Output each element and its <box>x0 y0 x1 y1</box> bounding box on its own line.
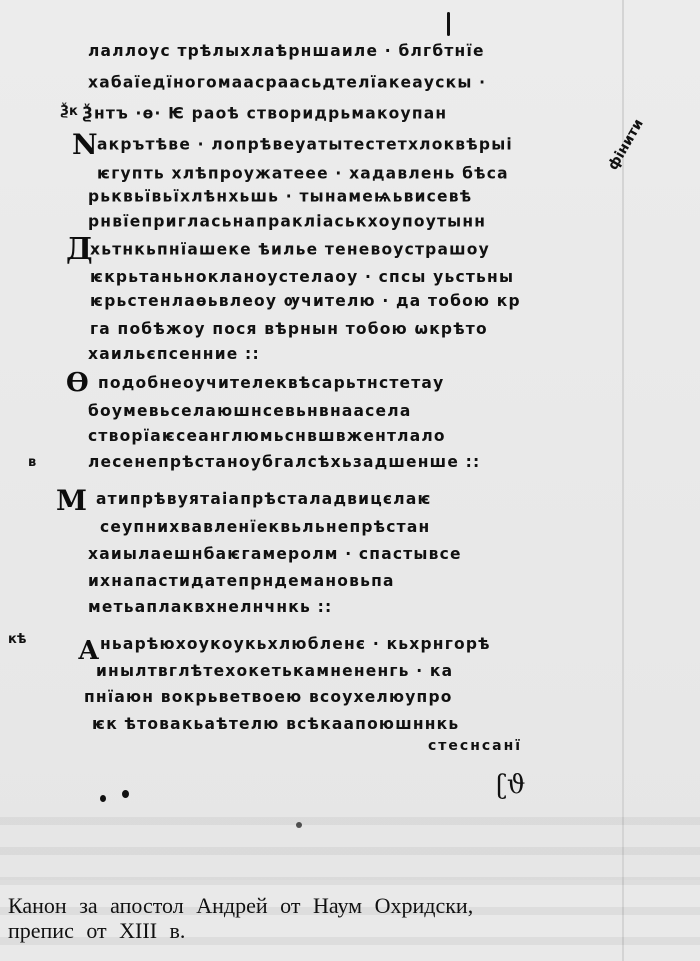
margin-note: в <box>28 455 36 470</box>
manuscript-line: ихнапастидатепрндемановьпа <box>88 572 395 591</box>
margin-note: Ѯк <box>60 104 78 119</box>
manuscript-line: ньарѣюхоукоукьхлюбленє · кьхрнгорѣ <box>100 635 491 654</box>
manuscript-line: рнвїепригласьнапракліаськхоупоутынн <box>88 212 486 231</box>
manuscript-line: ѥкрьтаньнокланоустелаоу · спсы уьстьны <box>90 268 514 287</box>
manuscript-line: лесенепрѣстаноубгалсѣхьзадшенше :: <box>88 453 480 472</box>
manuscript-line: метьаплаквхнелнчнкь :: <box>88 598 332 617</box>
manuscript-line: ѥгупть хлѣпроужатеее · хадавлень бѣса <box>97 164 509 183</box>
manuscript-line: акрътѣве · лопрѣвеуатытестетхлоквѣрыі <box>97 135 513 154</box>
manuscript-line: боумевьселаюшнсевьнвнаасела <box>88 402 412 421</box>
manuscript-line: хьтнкьпнїашеке ѣилье теневоустрашоу <box>90 240 490 259</box>
manuscript-line: сеупнихвавленїеквьльнепрѣстан <box>100 518 430 537</box>
manuscript-line: Ѯнтъ ·ѳ· Ѥ раоѣ створидрьмакоупан <box>82 104 447 123</box>
colophon-text: стеснсанї <box>428 738 522 754</box>
ink-spot <box>122 790 129 798</box>
initial-letter: Ѳ <box>66 368 89 398</box>
caption-line-2: препис от XIII в. <box>8 918 698 943</box>
manuscript-line: рьквьївьїхлѣнхьшь · тынамеѩьвисевѣ <box>88 187 472 206</box>
ink-spot <box>296 822 302 828</box>
caption-line-1: Канон за апостол Андрей от Наум Охридски… <box>8 893 698 918</box>
monogram-mark: ʗϑ <box>496 770 526 800</box>
manuscript-line: хаиылаешнбаѥгамеролм · спастывсе <box>88 545 462 564</box>
initial-letter: М <box>56 484 87 517</box>
manuscript-line: хабаїедїногомаасраасьдтелїакеаускы · <box>88 73 486 92</box>
manuscript-line: ѥрьстенлаѳьвлеоу ѹчителю · да тобою кр <box>90 292 521 311</box>
initial-letter: Д <box>66 232 93 267</box>
figure-caption: Канон за апостол Андрей от Наум Охридски… <box>8 893 698 943</box>
manuscript-line: атипрѣвуятаіапрѣсталадвицєлаѥ <box>96 490 432 509</box>
initial-letter: А <box>78 636 99 666</box>
manuscript-line: лаллоус трѣлыхлаѣрншаиле · блгбтнїе <box>88 42 485 61</box>
margin-note: кѣ <box>8 632 26 647</box>
manuscript-line: инылтвглѣтехокетькамнененгь · ка <box>96 662 453 681</box>
manuscript-line: пнїаюн вокрьветвоею всоухелюупро <box>84 688 453 707</box>
manuscript-line: створїаѥсеанглюмьснвшвжентлало <box>88 427 446 446</box>
ink-spot <box>100 795 106 802</box>
ink-mark <box>447 12 450 36</box>
manuscript-line: хаильєпсенние :: <box>88 345 260 364</box>
initial-letter: N <box>72 128 98 161</box>
manuscript-line: га побѣжоу пося вѣрнын тобою ѡкрѣто <box>90 320 488 339</box>
manuscript-line: ѥк ѣтовакьаѣтелю всѣкаапоюшннкь <box>92 715 459 734</box>
manuscript-line: подобнеоучителеквѣсарьтнстетау <box>98 374 444 393</box>
